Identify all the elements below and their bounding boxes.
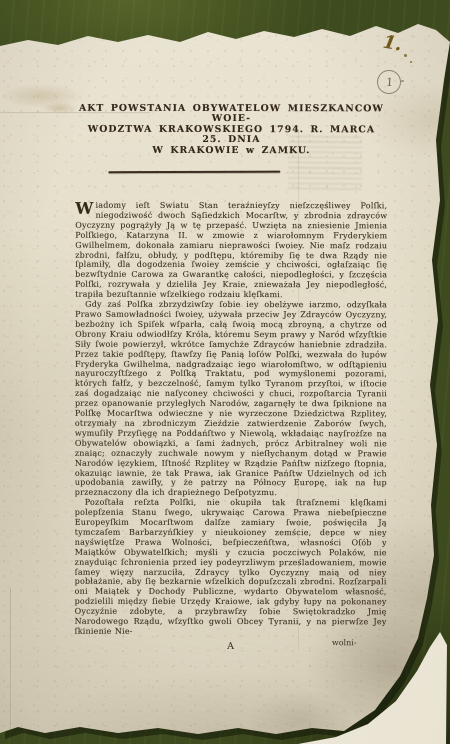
handwritten-ink-numeral: 1. (381, 32, 403, 56)
pencil-dot (401, 80, 404, 82)
title-line-3: W KRAKOWIE w ZAMKU. (75, 145, 387, 156)
ink-dot (410, 61, 412, 63)
paragraph-1: Wiadomy ieſt Swiatu Stan teraźnieyſzy ni… (75, 201, 387, 301)
drop-cap: W (75, 201, 95, 215)
pencil-circle: 1 (375, 68, 403, 96)
page-foot: A wolni- (75, 638, 387, 657)
photo-background: 1. 1 AKT POWSTANIA OBYWATELOW MIESZKANCO… (0, 0, 450, 744)
printed-content: AKT POWSTANIA OBYWATELOW MIESZKANCOW WOI… (75, 104, 388, 656)
title-line-1: AKT POWSTANIA OBYWATELOW MIESZKANCOW WOI… (75, 104, 387, 125)
catchword: wolni- (332, 638, 357, 647)
document-body: Wiadomy ieſt Swiatu Stan teraźnieyſzy ni… (75, 201, 388, 637)
title-rule (108, 171, 280, 174)
document-title: AKT POWSTANIA OBYWATELOW MIESZKANCOW WOI… (75, 104, 387, 157)
pencil-page-number: 1 (385, 75, 393, 88)
ink-dot (404, 54, 407, 57)
paragraph-1-text: iadomy ieſt Swiatu Stan teraźnieyſzy nie… (75, 201, 387, 299)
paragraph-2: Gdy zaś Polſka zbrzydziwſzy ſobie iey ob… (75, 300, 387, 499)
document-page: 1. 1 AKT POWSTANIA OBYWATELOW MIESZKANCO… (0, 0, 450, 744)
paragraph-3: Pozoſtała reſzta Polſki, nie okupiła tak… (75, 498, 387, 637)
fold-crease-left (10, 588, 12, 738)
signature-mark: A (227, 641, 234, 652)
title-line-2: WODZTWA KRAKOWSKIEGO 1794. R. MARCA 25. … (75, 125, 387, 146)
